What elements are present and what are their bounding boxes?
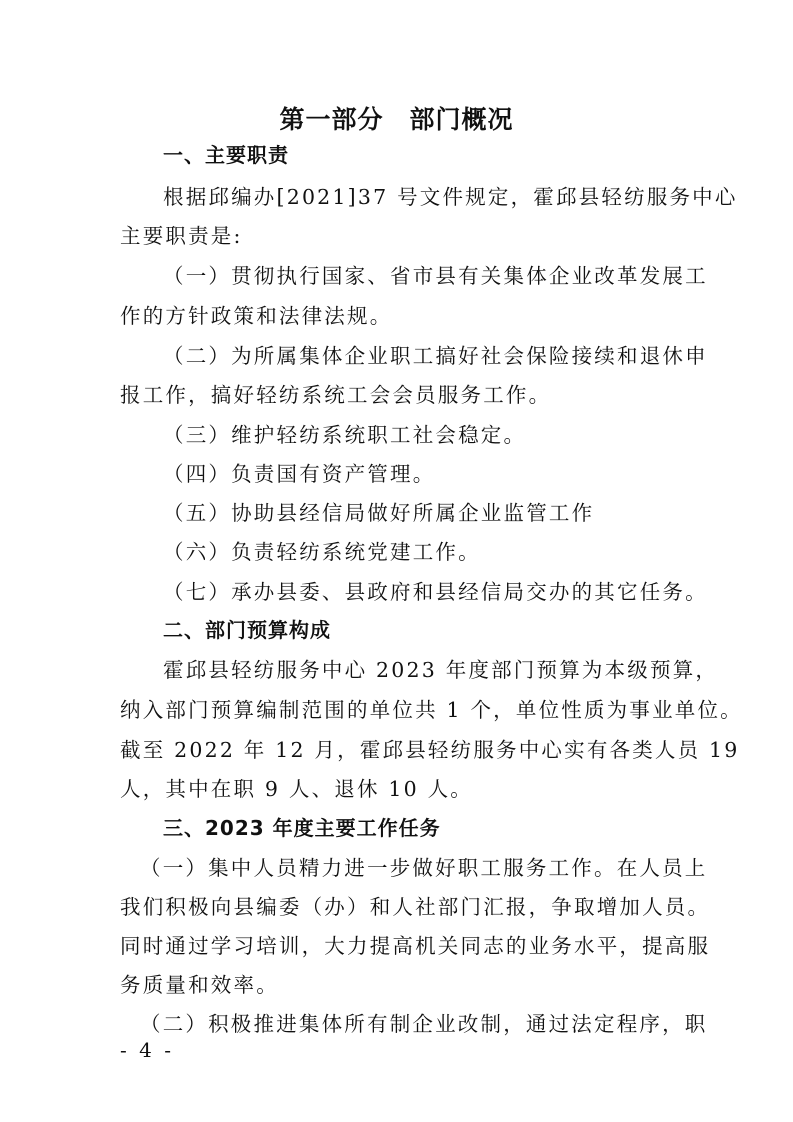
paragraph-line: 主要职责是: (120, 222, 243, 250)
duty-item-1: （一）贯彻执行国家、省市县有关集体企业改革发展工 (163, 262, 708, 290)
task-item-2: （二）积极推进集体所有制企业改制，通过法定程序，职 (140, 1010, 708, 1038)
duty-item-2-cont: 报工作，搞好轻纺系统工会会员服务工作。 (120, 381, 551, 409)
task-item-1-cont: 务质量和效率。 (120, 971, 279, 999)
section-heading-2: 二、部门预算构成 (163, 616, 331, 644)
duty-item-4: （四）负责国有资产管理。 (163, 460, 435, 488)
section-heading-1: 一、主要职责 (163, 141, 289, 169)
paragraph-line: 纳入部门预算编制范围的单位共 1 个，单位性质为事业单位。 (120, 696, 743, 724)
duty-item-2: （二）为所属集体企业职工搞好社会保险接续和退休申 (163, 342, 708, 370)
section-heading-3: 三、2023 年度主要工作任务 (163, 814, 441, 842)
title-name: 部门概况 (410, 105, 514, 134)
paragraph-line: 人，其中在职 9 人、退休 10 人。 (120, 775, 473, 803)
title-part: 第一部分 (279, 105, 383, 134)
duty-item-6: （六）负责轻纺系统党建工作。 (163, 538, 481, 566)
paragraph-line: 截至 2022 年 12 月，霍邱县轻纺服务中心实有各类人员 19 (120, 736, 740, 764)
duty-item-5: （五）协助县经信局做好所属企业监管工作 (163, 499, 594, 527)
page-number: - 4 - (120, 1038, 174, 1062)
duty-item-1-cont: 作的方针政策和法律法规。 (120, 302, 392, 330)
task-item-1-cont: 我们积极向县编委（办）和人社部门汇报，争取增加人员。 (120, 893, 710, 921)
duty-item-3: （三）维护轻纺系统职工社会稳定。 (163, 421, 526, 449)
paragraph-line: 根据邱编办[2021]37 号文件规定，霍邱县轻纺服务中心 (163, 183, 738, 211)
duty-item-7: （七）承办县委、县政府和县经信局交办的其它任务。 (163, 578, 708, 606)
document-page: 第一部分部门概况 一、主要职责 根据邱编办[2021]37 号文件规定，霍邱县轻… (0, 0, 793, 1122)
task-item-1-cont: 同时通过学习培训，大力提高机关同志的业务水平，提高服 (120, 932, 710, 960)
paragraph-line: 霍邱县轻纺服务中心 2023 年度部门预算为本级预算， (163, 656, 718, 684)
task-item-1: （一）集中人员精力进一步做好职工服务工作。在人员上 (140, 854, 708, 882)
page-title: 第一部分部门概况 (0, 100, 793, 136)
